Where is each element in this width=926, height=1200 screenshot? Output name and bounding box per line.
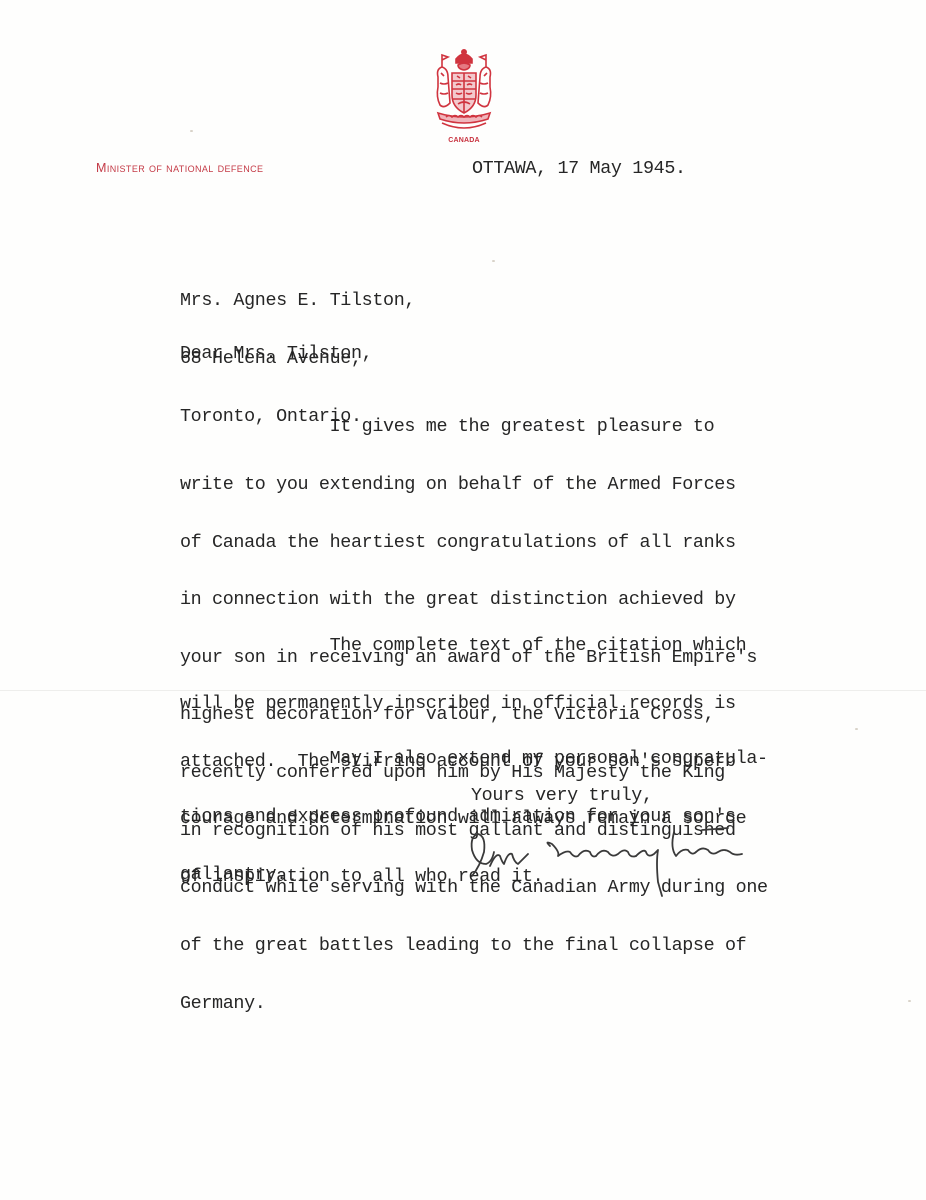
paragraph-line: Germany. (180, 994, 768, 1013)
paragraph-line: The complete text of the citation which (180, 636, 746, 655)
crest-label: CANADA (434, 137, 494, 144)
paper-fold-line (0, 690, 926, 691)
paragraph-line: write to you extending on behalf of the … (180, 475, 768, 494)
paragraph-line: May I also extend my personal congratula… (180, 749, 768, 768)
office-title: Minister of National Defence (96, 161, 263, 175)
handwritten-signature-icon (462, 822, 762, 902)
paper-speck (190, 130, 193, 132)
address-line: Mrs. Agnes E. Tilston, (180, 291, 415, 310)
paragraph-line: of Canada the heartiest congratulations … (180, 533, 768, 552)
paper-speck (908, 1000, 911, 1002)
letter-page: CANADA Minister of National Defence OTTA… (0, 0, 926, 1200)
coat-of-arms-of-canada-icon (432, 47, 496, 135)
paper-speck (855, 728, 858, 730)
closing: Yours very truly, (471, 786, 653, 805)
salutation: Dear Mrs. Tilston, (180, 344, 372, 363)
paragraph-line: of the great battles leading to the fina… (180, 936, 768, 955)
paragraph-line: It gives me the greatest pleasure to (180, 417, 768, 436)
paper-speck (492, 260, 495, 262)
dateline: OTTAWA, 17 May 1945. (472, 159, 686, 178)
